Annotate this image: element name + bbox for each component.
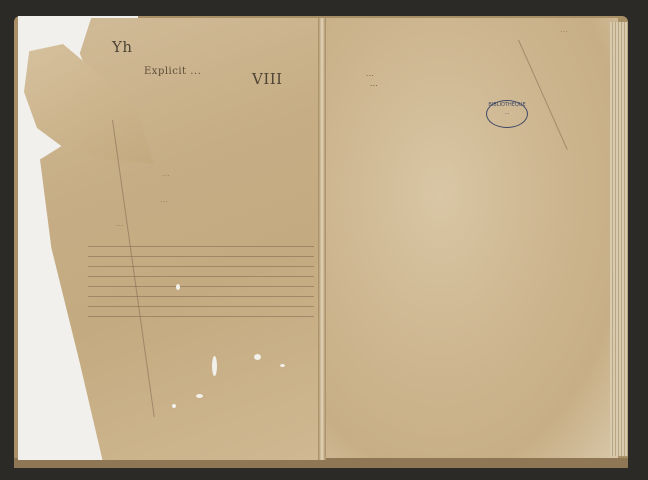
parchment-hole [212, 356, 217, 376]
page-fore-edge [610, 22, 628, 456]
folio-mark: ... [560, 26, 568, 34]
parchment-hole [176, 284, 180, 290]
text-line-2: ... [160, 196, 168, 204]
right-header-line: ... [366, 70, 374, 78]
library-stamp: BIBLIOTHÈQUE ... [486, 100, 528, 128]
right-leaf [322, 18, 618, 458]
parchment-hole [280, 364, 285, 367]
right-second-line: ... [370, 80, 378, 88]
stamp-line-1: BIBLIOTHÈQUE [487, 101, 527, 109]
parchment-hole [254, 354, 261, 360]
parchment-hole [196, 394, 203, 398]
text-line-3: ... [116, 220, 124, 228]
parchment-hole [172, 404, 176, 408]
left-heading: Explicit ... [144, 66, 201, 77]
text-line-1: ... [162, 170, 170, 178]
faded-text-block [88, 240, 314, 320]
book-gutter [318, 18, 326, 460]
initial-mark: Yh [112, 38, 133, 56]
roman-numeral: VIII [252, 70, 283, 88]
stamp-line-2: ... [487, 109, 527, 117]
